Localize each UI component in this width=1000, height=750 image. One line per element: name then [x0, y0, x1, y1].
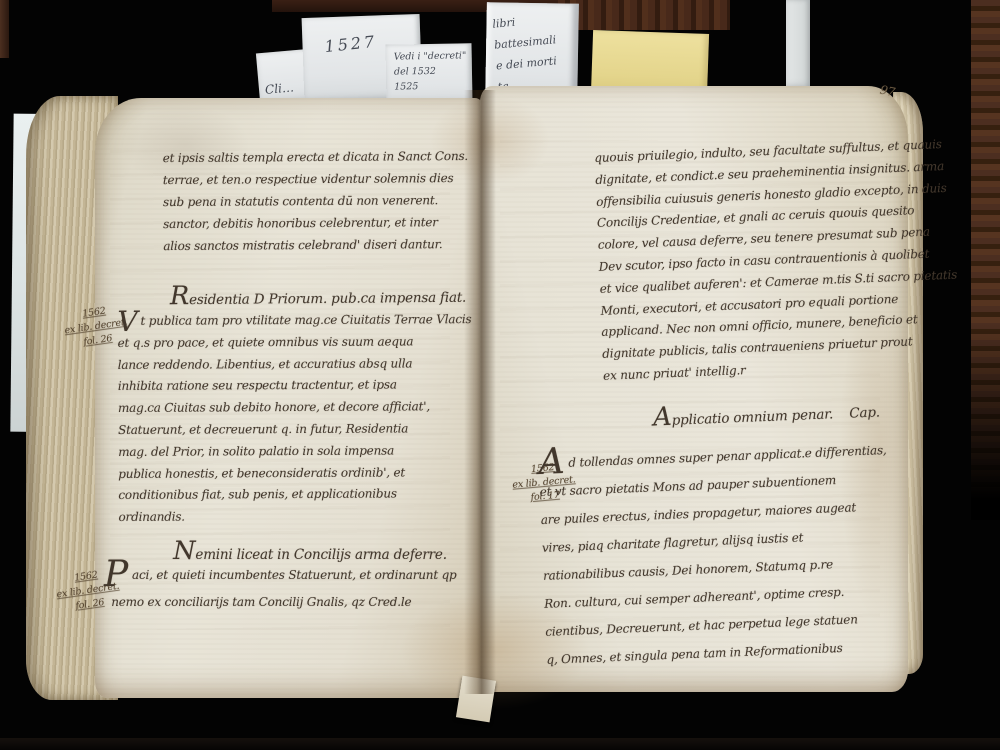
wood-frame-top-left [0, 0, 9, 58]
left-paragraph-3: Paci, et quieti incumbentes Statuerunt, … [104, 562, 484, 616]
bookmark-tab-vedi-decreti: Vedi i "decreti" del 1532 1525 [385, 43, 472, 104]
bookmark-tab-vedi-label: Vedi i "decreti" del 1532 1525 [394, 48, 467, 94]
bookmark-tab-sliver [786, 0, 810, 88]
wood-frame-right [971, 0, 1000, 520]
left-paragraph-1: et ipsis saltis templa erecta et dicata … [163, 145, 476, 257]
right-paragraph-2: Ad tollendas omnes super penar applicat.… [538, 434, 957, 674]
left-paragraph-2: Vt publica tam pro vtilitate mag.ce Ciui… [117, 309, 480, 529]
page-number: 97 [879, 83, 896, 100]
bookmark-tab-libri-label: libri battesimali e dei morti ta… [491, 8, 560, 97]
bookmark-tab-partial-label: Cli… [264, 80, 294, 96]
table-edge-shadow [0, 738, 1000, 750]
right-paragraph-1: quouis priuilegio, indulto, seu facultat… [594, 134, 948, 387]
manuscript-photo-scene: Cli… 1527 Vedi i "decreti" del 1532 1525… [0, 0, 1000, 750]
bookmark-tab-1527-label: 1527 [324, 32, 378, 56]
wood-frame-top-bar [558, 0, 730, 30]
left-heading-residentia: Residentia D Priorum. pub.ca impensa fia… [168, 279, 468, 312]
